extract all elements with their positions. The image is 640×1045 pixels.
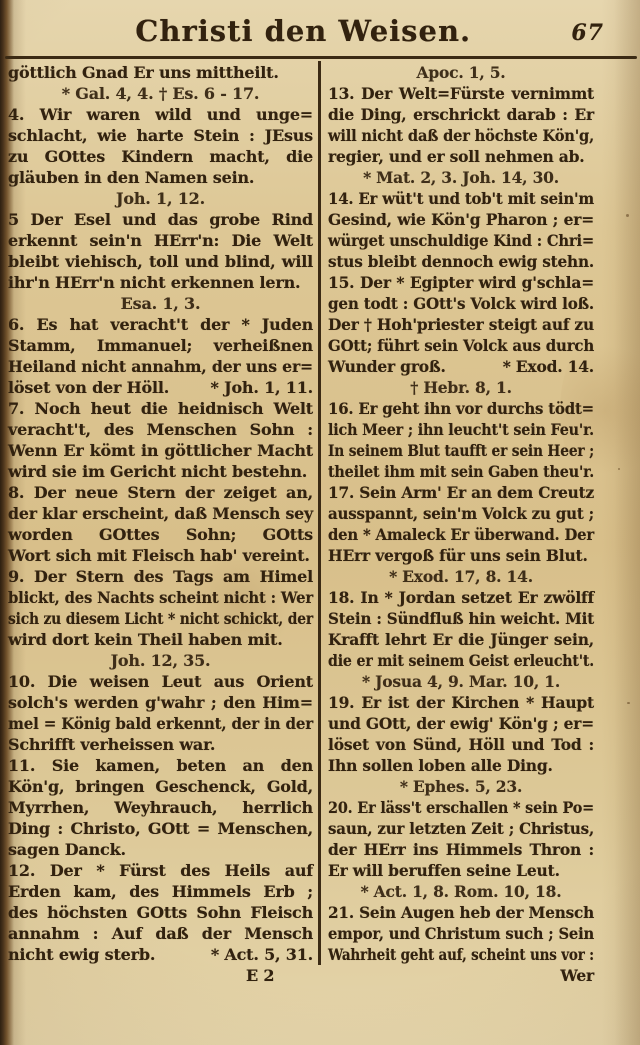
text-line-text: 16. Er geht ihn vor durchs tödt= (328, 399, 594, 418)
text-line: Stein : Sündfluß hin weicht. Mit (328, 608, 587, 629)
text-line: Er will beruffen seine Leut. (328, 860, 594, 881)
scripture-reference: * Exod. 14. (503, 356, 594, 377)
text-line-text: worden GOttes Sohn; GOtts (8, 525, 313, 544)
text-line: 9. Der Stern des Tags am Himel (8, 566, 313, 587)
text-line: 15. Der * Egipter wird g'schla= (328, 272, 594, 293)
text-line: regier, und er soll nehmen ab. (328, 146, 594, 167)
text-line: ihr'n HErr'n nicht erkennen lern. (8, 272, 313, 293)
text-line: mel = König bald erkennt, der in der (8, 713, 295, 734)
text-line: 7. Noch heut die heidnisch Welt (8, 398, 313, 419)
text-line: 19. Er ist der Kirchen * Haupt (328, 692, 594, 713)
text-line-text: 8. Der neue Stern der zeiget an, (8, 483, 313, 502)
column-divider-rule (318, 61, 321, 965)
text-line: Kön'g, bringen Geschenck, Gold, (8, 776, 313, 797)
text-line-text: 13. Der Welt=Fürste vernimmt (328, 84, 594, 103)
text-line-text: wird sie im Gericht nicht bestehn. (8, 462, 307, 481)
text-line-text: blickt, des Nachts scheint nicht : Wer (8, 588, 313, 607)
text-line-text: sich zu diesem Licht * nicht schickt, de… (8, 609, 313, 628)
text-line-text: sagen Danck. (8, 840, 126, 859)
text-line-text: Joh. 1, 12. (116, 189, 205, 208)
scripture-reference-line: * Exod. 17, 8. 14. (328, 566, 594, 587)
text-line-text: erkennt sein'n HErr'n: Die Welt (8, 231, 313, 250)
text-line: den * Amaleck Er überwand. Der (328, 524, 583, 545)
text-line: wird dort kein Theil haben mit. (8, 629, 313, 650)
scripture-reference: * Joh. 1, 11. (211, 377, 313, 398)
text-line-text: E 2 (246, 966, 274, 985)
running-header-title: Christi den Weisen. (135, 14, 471, 48)
text-line-text: Wunder groß. (328, 356, 446, 377)
catchword: Wer (328, 965, 594, 986)
text-line: und GOtt, der ewig' Kön'g ; er= (328, 713, 593, 734)
scripture-reference-line: † Hebr. 8, 1. (328, 377, 594, 398)
book-page: Christi den Weisen. 67 göttlich Gnad Er … (0, 0, 640, 1045)
text-line: Schrifft verheissen war. (8, 734, 313, 755)
text-line: Der † Hoh'priester steigt auf zu (328, 314, 592, 335)
text-line-text: saun, zur letzten Zeit ; Christus, (328, 819, 594, 838)
text-line-text: * Josua 4, 9. Mar. 10, 1. (362, 672, 560, 691)
text-line: gläuben in den Namen sein. (8, 167, 313, 188)
text-line: stus bleibt dennoch ewig stehn. (328, 251, 590, 272)
text-line-text: annahm : Auf daß der Mensch (8, 924, 313, 943)
text-line: 10. Die weisen Leut aus Orient (8, 671, 313, 692)
text-line-text: den * Amaleck Er überwand. Der (328, 525, 594, 544)
scripture-reference-line: Joh. 12, 35. (8, 650, 313, 671)
text-line-text: Wenn Er kömt in göttlicher Macht (8, 441, 313, 460)
text-line: löset von Sünd, Höll und Tod : (328, 734, 594, 755)
text-line-text: Apoc. 1, 5. (417, 63, 506, 82)
text-line: Stamm, Immanuel; verheißnen (8, 335, 313, 356)
text-line: Wenn Er kömt in göttlicher Macht (8, 440, 313, 461)
text-line-text: Wer (560, 966, 594, 985)
paper-speck (627, 702, 630, 704)
text-line-text: löset von der Höll. (8, 377, 169, 398)
scripture-reference-line: * Act. 1, 8. Rom. 10, 18. (328, 881, 594, 902)
text-line-text: regier, und er soll nehmen ab. (328, 147, 585, 166)
text-line-text: löset von Sünd, Höll und Tod : (328, 735, 594, 754)
text-line: zu GOttes Kindern macht, die (8, 146, 313, 167)
text-line: 12. Der * Fürst des Heils auf (8, 860, 313, 881)
text-line-text: stus bleibt dennoch ewig stehn. (328, 252, 594, 271)
text-line: 4. Wir waren wild und unge= (8, 104, 313, 125)
page-edge-shading (614, 0, 640, 1045)
text-line: Wunder groß.* Exod. 14. (328, 356, 594, 377)
text-line: 11. Sie kamen, beten an den (8, 755, 313, 776)
text-line-text: theilet ihm mit sein Gaben theu'r. (328, 462, 594, 481)
text-line-text: 12. Der * Fürst des Heils auf (8, 861, 313, 880)
text-line: die Ding, erschrickt darab : Er (328, 104, 594, 125)
text-line-text: 5 Der Esel und das grobe Rind (8, 210, 313, 229)
text-line-text: Schrifft verheissen war. (8, 735, 215, 754)
text-line-text: Myrrhen, Weyhrauch, herrlich (8, 798, 313, 817)
text-line-text: die Ding, erschrickt darab : Er (328, 105, 594, 124)
text-line: GOtt; führt sein Volck aus durch (328, 335, 585, 356)
text-line-text: mel = König bald erkennt, der in der (8, 714, 313, 733)
text-line: sich zu diesem Licht * nicht schickt, de… (8, 608, 272, 629)
left-text-column: göttlich Gnad Er uns mittheilt.* Gal. 4,… (8, 62, 313, 986)
text-line-text: des höchsten GOtts Sohn Fleisch (8, 903, 313, 922)
text-line-text: Der † Hoh'priester steigt auf zu (328, 315, 594, 334)
page-number: 67 (571, 20, 604, 46)
text-line: blickt, des Nachts scheint nicht : Wer (8, 587, 290, 608)
text-line-text: der HErr ins Himmels Thron : (328, 840, 594, 859)
header-rule (5, 56, 637, 59)
text-line: gen todt : GOtt's Volck wird loß. (328, 293, 588, 314)
text-line: lich Meer ; ihn leucht't sein Feu'r. (328, 419, 574, 440)
text-line-text: 10. Die weisen Leut aus Orient (8, 672, 313, 691)
text-line-text: 17. Sein Arm' Er an dem Creutz (328, 483, 594, 502)
text-line-text: * Exod. 17, 8. 14. (389, 567, 533, 586)
text-line-text: * Act. 1, 8. Rom. 10, 18. (361, 882, 562, 901)
text-line-text: ausspannt, sein'm Volck zu gut ; (328, 504, 594, 523)
scripture-reference-line: * Josua 4, 9. Mar. 10, 1. (328, 671, 594, 692)
text-line: annahm : Auf daß der Mensch (8, 923, 313, 944)
text-line-text: Esa. 1, 3. (121, 294, 201, 313)
text-line: empor, und Christum such ; Sein (328, 923, 581, 944)
scripture-reference: * Act. 5, 31. (211, 944, 313, 965)
text-line: des höchsten GOtts Sohn Fleisch (8, 902, 313, 923)
running-header: Christi den Weisen. 67 (0, 14, 640, 56)
text-line-text: Stein : Sündfluß hin weicht. Mit (328, 609, 594, 628)
text-line-text: Krafft lehrt Er die Jünger sein, (328, 630, 594, 649)
text-line: 6. Es hat veracht't der * Juden (8, 314, 313, 335)
text-line-text: 7. Noch heut die heidnisch Welt (8, 399, 313, 418)
text-line-text: der klar erscheint, daß Mensch sey (8, 504, 313, 523)
text-line: 8. Der neue Stern der zeiget an, (8, 482, 313, 503)
text-line-text: bleibt viehisch, toll und blind, will (8, 252, 313, 271)
text-line: erkennt sein'n HErr'n: Die Welt (8, 230, 313, 251)
text-line: die er mit seinem Geist erleucht't. (328, 650, 571, 671)
text-line: schlacht, wie harte Stein : JEsus (8, 125, 313, 146)
text-line-text: Er will beruffen seine Leut. (328, 861, 560, 880)
text-line: 5 Der Esel und das grobe Rind (8, 209, 313, 230)
scripture-reference-line: * Mat. 2, 3. Joh. 14, 30. (328, 167, 594, 188)
text-line-text: Wahrheit geht auf, scheint uns vor : (328, 945, 594, 964)
signature-mark: E 2 (8, 965, 313, 986)
text-line: 13. Der Welt=Fürste vernimmt (328, 83, 594, 104)
scripture-reference-line: * Gal. 4, 4. † Es. 6 - 17. (8, 83, 313, 104)
text-line: der klar erscheint, daß Mensch sey (8, 503, 309, 524)
text-line-text: 4. Wir waren wild und unge= (8, 105, 313, 124)
text-line-text: 11. Sie kamen, beten an den (8, 756, 313, 775)
text-line-text: lich Meer ; ihn leucht't sein Feu'r. (328, 420, 594, 439)
scripture-reference-line: Apoc. 1, 5. (328, 62, 594, 83)
text-line-text: 20. Er läss't erschallen * sein Po= (328, 798, 594, 817)
text-line: Gesind, wie Kön'g Pharon ; er= (328, 209, 594, 230)
text-line: göttlich Gnad Er uns mittheilt. (8, 62, 313, 83)
text-line-text: Ding : Christo, GOtt = Menschen, (8, 819, 313, 838)
text-line: veracht't, des Menschen Sohn : (8, 419, 313, 440)
text-line: sagen Danck. (8, 839, 313, 860)
text-line-text: * Mat. 2, 3. Joh. 14, 30. (363, 168, 559, 187)
text-line-text: solch's werden g'wahr ; den Him= (8, 693, 313, 712)
text-line: saun, zur letzten Zeit ; Christus, (328, 818, 586, 839)
text-line: 14. Er wüt't und tob't mit sein'm (328, 188, 584, 209)
text-line-text: würget unschuldige Kind : Chri= (328, 231, 594, 250)
text-line-text: Gesind, wie Kön'g Pharon ; er= (328, 210, 594, 229)
text-line-text: schlacht, wie harte Stein : JEsus (8, 126, 313, 145)
text-line-text: wird dort kein Theil haben mit. (8, 630, 283, 649)
text-line-text: Heiland nicht annahm, der uns er= (8, 357, 313, 376)
text-line: 16. Er geht ihn vor durchs tödt= (328, 398, 584, 419)
text-line-text: 15. Der * Egipter wird g'schla= (328, 273, 594, 292)
text-line: Krafft lehrt Er die Jünger sein, (328, 629, 594, 650)
text-line-text: 21. Sein Augen heb der Mensch (328, 903, 594, 922)
right-text-column: Apoc. 1, 5.13. Der Welt=Fürste vernimmtd… (328, 62, 594, 986)
text-line-text: HErr vergoß für uns sein Blut. (328, 546, 588, 565)
text-line-text: Joh. 12, 35. (111, 651, 211, 670)
text-line-text: * Gal. 4, 4. † Es. 6 - 17. (62, 84, 260, 103)
text-line: Heiland nicht annahm, der uns er= (8, 356, 308, 377)
text-line: Ding : Christo, GOtt = Menschen, (8, 818, 313, 839)
text-line-text: empor, und Christum such ; Sein (328, 924, 594, 943)
text-line: Wort sich mit Fleisch hab' vereint. (8, 545, 313, 566)
text-line: der HErr ins Himmels Thron : (328, 839, 594, 860)
text-line: Erden kam, des Himmels Erb ; (8, 881, 313, 902)
text-line-text: 18. In * Jordan setzet Er zwölff (328, 588, 594, 607)
text-line: theilet ihm mit sein Gaben theu'r. (328, 461, 574, 482)
paper-speck (626, 214, 629, 217)
text-line-text: und GOtt, der ewig' Kön'g ; er= (328, 714, 594, 733)
text-line-text: 9. Der Stern des Tags am Himel (8, 567, 313, 586)
text-line-text: gen todt : GOtt's Volck wird loß. (328, 294, 594, 313)
text-line-text: nicht ewig sterb. (8, 944, 155, 965)
text-line: worden GOttes Sohn; GOtts (8, 524, 313, 545)
text-line: ausspannt, sein'm Volck zu gut ; (328, 503, 586, 524)
text-line: würget unschuldige Kind : Chri= (328, 230, 580, 251)
text-line-text: 14. Er wüt't und tob't mit sein'm (328, 189, 594, 208)
text-line-text: Stamm, Immanuel; verheißnen (8, 336, 313, 355)
text-line-text: veracht't, des Menschen Sohn : (8, 420, 313, 439)
text-line: solch's werden g'wahr ; den Him= (8, 692, 313, 713)
paper-speck (618, 468, 620, 470)
text-line-text: 19. Er ist der Kirchen * Haupt (328, 693, 594, 712)
text-line-text: Ihn sollen loben alle Ding. (328, 756, 553, 775)
text-line-text: Kön'g, bringen Geschenck, Gold, (8, 777, 313, 796)
text-line-text: * Ephes. 5, 23. (400, 777, 522, 796)
text-line: Ihn sollen loben alle Ding. (328, 755, 594, 776)
text-line-text: Wort sich mit Fleisch hab' vereint. (8, 546, 310, 565)
text-line: In seinem Blut taufft er sein Heer ; (328, 440, 564, 461)
text-line-text: † Hebr. 8, 1. (410, 378, 512, 397)
text-line: wird sie im Gericht nicht bestehn. (8, 461, 313, 482)
text-line: HErr vergoß für uns sein Blut. (328, 545, 594, 566)
text-line: 21. Sein Augen heb der Mensch (328, 902, 590, 923)
text-line-text: will nicht daß der höchste Kön'g, (328, 126, 594, 145)
text-line-text: 6. Es hat veracht't der * Juden (8, 315, 313, 334)
text-line-text: göttlich Gnad Er uns mittheilt. (8, 63, 279, 82)
text-line-text: Erden kam, des Himmels Erb ; (8, 882, 313, 901)
text-line: 18. In * Jordan setzet Er zwölff (328, 587, 594, 608)
text-line: 20. Er läss't erschallen * sein Po= (328, 797, 575, 818)
text-line: nicht ewig sterb.* Act. 5, 31. (8, 944, 313, 965)
text-line: Wahrheit geht auf, scheint uns vor : (328, 944, 560, 965)
scripture-reference-line: * Ephes. 5, 23. (328, 776, 594, 797)
text-line-text: GOtt; führt sein Volck aus durch (328, 336, 594, 355)
text-line-text: zu GOttes Kindern macht, die (8, 147, 313, 166)
scripture-reference-line: Esa. 1, 3. (8, 293, 313, 314)
text-line-text: ihr'n HErr'n nicht erkennen lern. (8, 273, 300, 292)
scripture-reference-line: Joh. 1, 12. (8, 188, 313, 209)
text-line: will nicht daß der höchste Kön'g, (328, 125, 579, 146)
text-line: Myrrhen, Weyhrauch, herrlich (8, 797, 313, 818)
text-line: löset von der Höll.* Joh. 1, 11. (8, 377, 313, 398)
text-line-text: gläuben in den Namen sein. (8, 168, 254, 187)
text-line-text: die er mit seinem Geist erleucht't. (328, 651, 594, 670)
text-line-text: In seinem Blut taufft er sein Heer ; (328, 441, 594, 460)
text-line: 17. Sein Arm' Er an dem Creutz (328, 482, 591, 503)
text-line: bleibt viehisch, toll und blind, will (8, 251, 313, 272)
